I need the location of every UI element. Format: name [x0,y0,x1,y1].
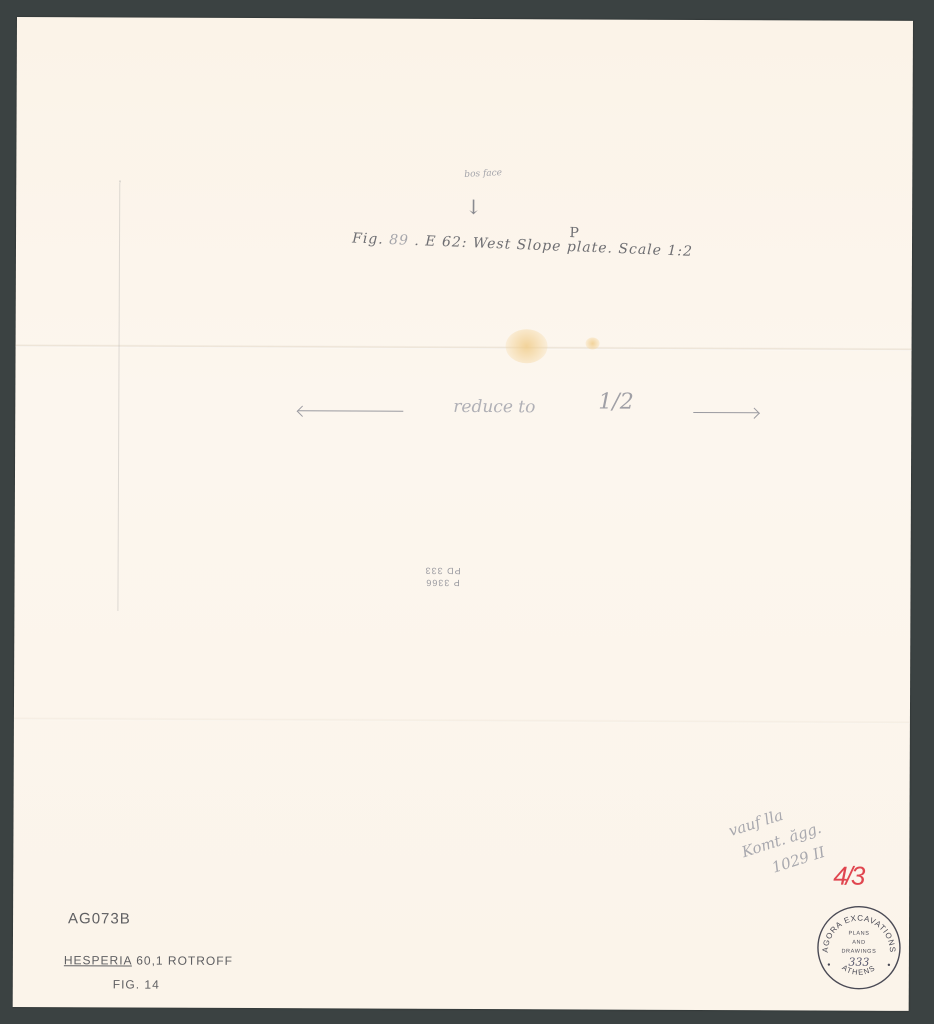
publication-figure: FIG. 14 [113,977,160,991]
mirrored-bleed-through-text: P 3366 PD 333 [425,565,461,589]
svg-text:333: 333 [848,956,869,969]
pencil-note-right: vauf lla Komt. ăgg. 1029 II [726,793,832,889]
journal-name: HESPERIA [64,953,132,967]
reduce-instruction: reduce to 1/2 [298,388,778,450]
svg-text:DRAWINGS: DRAWINGS [841,949,876,955]
svg-text:PLANS: PLANS [848,931,869,937]
catalog-id: AG073B [68,910,131,927]
publication-reference: HESPERIA 60,1 ROTROFF [64,953,233,968]
arrow-right-icon [693,412,758,413]
fold-crease-upper [16,344,912,351]
agora-excavations-stamp: AGORA EXCAVATIONS ATHENS PLANS AND DRAWI… [816,904,902,990]
caption-title-suffix: plate. [567,239,614,257]
fig-label: Fig. [352,231,384,248]
arrow-left-icon [298,410,403,411]
reduce-fraction: 1/2 [598,390,634,415]
entry-number: E 62: [425,233,468,251]
paper-sheet: bos face ↓ Fig. 89 . E 62: West Slope pl… [13,17,913,1011]
scale-label: Scale 1:2 [618,241,693,260]
caption-separator: . [414,233,420,249]
stain-large [505,329,547,363]
stain-small [586,337,600,349]
red-number-annotation: 4/3 [833,861,863,892]
stamp-seal-icon: AGORA EXCAVATIONS ATHENS PLANS AND DRAWI… [816,904,902,990]
arrow-down-icon: ↓ [465,195,482,219]
volume-author: 60,1 ROTROFF [136,954,233,968]
caption-title-prefix: West Slope [473,235,562,254]
svg-text:AND: AND [852,940,865,946]
reduce-text: reduce to [453,397,535,417]
fold-crease-lower [14,717,910,724]
dotted-guide-line [117,180,120,610]
top-pencil-note: bos face [464,168,502,180]
fig-number: 89 [389,232,409,249]
figure-caption: Fig. 89 . E 62: West Slope plate. Scale … [352,231,693,260]
